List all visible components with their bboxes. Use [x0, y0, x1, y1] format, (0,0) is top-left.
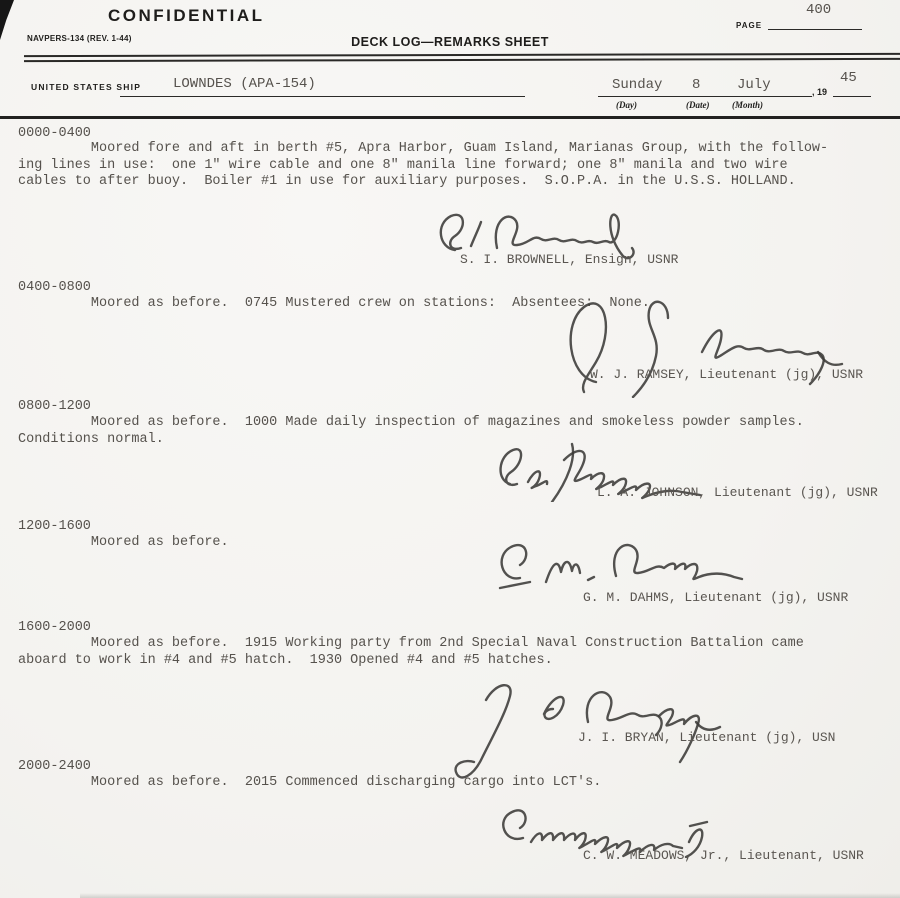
signature-name-meadows: C. W. MEADOWS, Jr., Lieutenant, USNR: [583, 848, 864, 863]
date-caption: (Date): [686, 100, 710, 110]
log-text-0000-0400: Moored fore and aft in berth #5, Apra Ha…: [18, 141, 828, 191]
watch-heading-1600-2000: 1600-2000: [18, 620, 91, 637]
signature-name-brownell: S. I. BROWNELL, Ensign, USNR: [460, 252, 678, 267]
signature-name-bryan: J. I. BRYAN, Lieutenant (jg), USN: [578, 730, 835, 745]
ship-name-value: LOWNDES (APA-154): [173, 76, 316, 93]
month-caption: (Month): [732, 100, 763, 110]
signature-name-ramsey: W. J. RAMSEY, Lieutenant (jg), USNR: [590, 367, 863, 382]
form-title: DECK LOG—REMARKS SHEET: [0, 35, 900, 49]
watch-heading-1200-1600: 1200-1600: [18, 519, 91, 536]
day-caption: (Day): [616, 100, 637, 110]
log-text-1200-1600: Moored as before.: [18, 535, 229, 552]
classification-stamp: CONFIDENTIAL: [108, 6, 265, 26]
header-double-rule: [24, 53, 900, 62]
year-prefix: , 19: [812, 87, 827, 97]
watch-heading-0800-1200: 0800-1200: [18, 399, 91, 416]
signature-script-dahms: [484, 536, 744, 596]
date-date-value: 8: [692, 77, 700, 94]
scan-corner-mark: [0, 0, 14, 40]
signature-name-johnson: L. A. JOHNSON, Lieutenant (jg), USNR: [597, 485, 878, 500]
deck-log-page: CONFIDENTIAL 400 PAGE NAVPERS-134 (REV. …: [0, 0, 900, 898]
page-label: PAGE: [736, 21, 762, 30]
date-month-value: July: [737, 77, 771, 94]
log-text-1600-2000: Moored as before. 1915 Working party fro…: [18, 636, 804, 669]
date-day-value: Sunday: [612, 77, 662, 94]
header-heavy-rule: [0, 116, 900, 119]
scan-edge-shadow: [80, 893, 900, 898]
signature-name-dahms: G. M. DAHMS, Lieutenant (jg), USNR: [583, 590, 848, 605]
page-number-line: [768, 14, 862, 30]
watch-heading-0400-0800: 0400-0800: [18, 280, 91, 297]
date-year-value: 45: [840, 70, 857, 87]
log-text-2000-2400: Moored as before. 2015 Commenced dischar…: [18, 775, 601, 792]
watch-heading-2000-2400: 2000-2400: [18, 759, 91, 776]
